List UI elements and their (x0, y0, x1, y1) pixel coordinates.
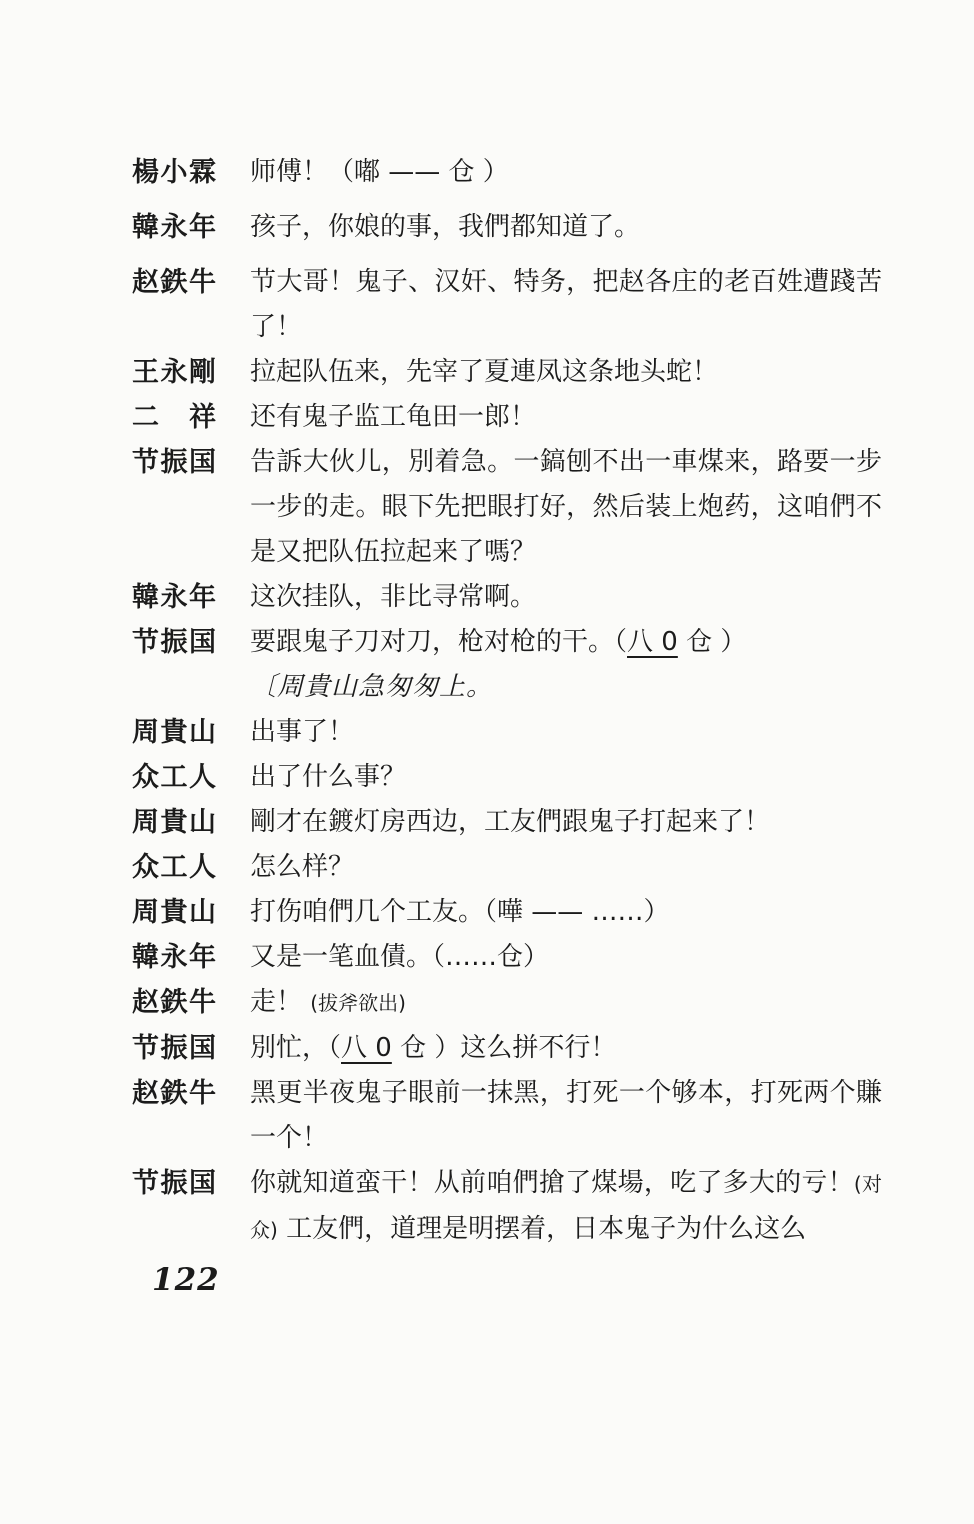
speaker-name: 二 祥 (132, 395, 216, 440)
speaker-name: 楊小霖 (132, 150, 216, 195)
dialogue: 出了什么事？ (250, 755, 882, 800)
dialogue-text: 节大哥！鬼子、汉奸、特务，把赵各庄的老百姓遭踐苦了！ (250, 267, 882, 342)
speaker-name: 周貴山 (132, 890, 216, 935)
dialogue-text: 出事了！ (250, 717, 354, 747)
speaker-name: 赵鉄牛 (132, 1071, 216, 1116)
script-body: 楊小霖 师傅！（嘟 —— 仓 ） 韓永年 孩子，你娘的事，我們都知道了。 赵鉄牛… (132, 150, 882, 1253)
speaker-name: 节振国 (132, 440, 216, 485)
stage-note-inline: (拔斧欲出) (310, 991, 406, 1015)
script-line: 节振国 要跟鬼子刀对刀，枪对枪的干。（八 0 仓 ） (132, 620, 882, 665)
script-line: 节振国 你就知道蛮干！从前咱們搶了煤場，吃了多大的亏！(对众) 工友們，道理是明… (132, 1161, 882, 1253)
script-line: 韓永年 这次挂队，非比寻常啊。 (132, 575, 882, 620)
dialogue-text: 走！ (250, 987, 310, 1017)
dialogue-text: 出了什么事？ (250, 762, 406, 792)
script-line: 韓永年 又是一笔血債。（……仓） (132, 935, 882, 980)
script-line: 赵鉄牛 走！ (拔斧欲出) (132, 980, 882, 1026)
speaker-name: 周貴山 (132, 800, 216, 845)
speaker-name: 众工人 (132, 845, 216, 890)
dialogue-text: 打伤咱們几个工友。（嘩 —— ……） (250, 897, 670, 927)
speaker-name: 赵鉄牛 (132, 980, 216, 1025)
speaker-name: 节振国 (132, 1026, 216, 1071)
script-line: 众工人 出了什么事？ (132, 755, 882, 800)
script-line: 王永剛 拉起队伍来，先宰了夏連凤这条地头蛇！ (132, 350, 882, 395)
dialogue-text: 拉起队伍来，先宰了夏連凤这条地头蛇！ (250, 357, 718, 387)
dialogue: 要跟鬼子刀对刀，枪对枪的干。（八 0 仓 ） (250, 620, 882, 665)
dialogue-text: 师傅！（嘟 —— 仓 ） (250, 157, 509, 187)
script-line: 周貴山 打伤咱們几个工友。（嘩 —— ……） (132, 890, 882, 935)
dialogue-text: 黑更半夜鬼子眼前一抹黑，打死一个够本，打死两个賺一个！ (250, 1078, 882, 1153)
dialogue: 孩子，你娘的事，我們都知道了。 (250, 205, 882, 250)
dialogue: 师傅！（嘟 —— 仓 ） (250, 150, 882, 195)
percussion-notation-underlined: 八 0 (627, 627, 678, 657)
dialogue: 怎么样？ (250, 845, 882, 890)
scanned-script-page: 楊小霖 师傅！（嘟 —— 仓 ） 韓永年 孩子，你娘的事，我們都知道了。 赵鉄牛… (0, 0, 974, 1524)
script-line: 赵鉄牛 黑更半夜鬼子眼前一抹黑，打死一个够本，打死两个賺一个！ (132, 1071, 882, 1161)
percussion-notation-underlined: 八 0 (341, 1033, 392, 1063)
speaker-name: 王永剛 (132, 350, 216, 395)
speaker-name: 周貴山 (132, 710, 216, 755)
script-line: 周貴山 出事了！ (132, 710, 882, 755)
speaker-name: 韓永年 (132, 935, 216, 980)
dialogue: 又是一笔血債。（……仓） (250, 935, 882, 980)
script-line: 楊小霖 师傅！（嘟 —— 仓 ） (132, 150, 882, 195)
script-line: 周貴山 剛才在鍍灯房西边，工友們跟鬼子打起来了！ (132, 800, 882, 845)
speaker-name: 韓永年 (132, 575, 216, 620)
dialogue: 告訴大伙儿，別着急。一鎬刨不出一車煤来，路要一步一步的走。眼下先把眼打好，然后装… (250, 440, 882, 575)
script-line: 节振国 告訴大伙儿，別着急。一鎬刨不出一車煤来，路要一步一步的走。眼下先把眼打好… (132, 440, 882, 575)
dialogue-text: 还有鬼子监工龟田一郎！ (250, 402, 536, 432)
dialogue-text: 仓 ） (678, 627, 747, 657)
script-line: 赵鉄牛 节大哥！鬼子、汉奸、特务，把赵各庄的老百姓遭踐苦了！ (132, 260, 882, 350)
speaker-name: 韓永年 (132, 205, 216, 250)
page-number: 122 (152, 1262, 220, 1298)
dialogue: 走！ (拔斧欲出) (250, 980, 882, 1026)
dialogue-text: 又是一笔血債。（……仓） (250, 942, 549, 972)
dialogue: 打伤咱們几个工友。（嘩 —— ……） (250, 890, 882, 935)
dialogue-text: 仓 ）这么拼不行！ (392, 1033, 617, 1063)
dialogue-text: 工友們，道理是明摆着，日本鬼子为什么这么 (278, 1214, 806, 1244)
script-line: 韓永年 孩子，你娘的事，我們都知道了。 (132, 205, 882, 250)
stage-direction: 〔周貴山急匆匆上。 (250, 665, 882, 710)
dialogue-text: 你就知道蛮干！从前咱們搶了煤場，吃了多大的亏！ (250, 1168, 854, 1198)
dialogue: 出事了！ (250, 710, 882, 755)
dialogue: 节大哥！鬼子、汉奸、特务，把赵各庄的老百姓遭踐苦了！ (250, 260, 882, 350)
script-line: 节振国 別忙，（八 0 仓 ）这么拼不行！ (132, 1026, 882, 1071)
speaker-name: 节振国 (132, 620, 216, 665)
dialogue: 你就知道蛮干！从前咱們搶了煤場，吃了多大的亏！(对众) 工友們，道理是明摆着，日… (250, 1161, 882, 1253)
dialogue-text: 剛才在鍍灯房西边，工友們跟鬼子打起来了！ (250, 807, 770, 837)
dialogue: 黑更半夜鬼子眼前一抹黑，打死一个够本，打死两个賺一个！ (250, 1071, 882, 1161)
speaker-name: 节振国 (132, 1161, 216, 1206)
dialogue: 剛才在鍍灯房西边，工友們跟鬼子打起来了！ (250, 800, 882, 845)
script-line: 众工人 怎么样？ (132, 845, 882, 890)
speaker-name: 赵鉄牛 (132, 260, 216, 305)
dialogue-text: 怎么样？ (250, 852, 354, 882)
dialogue-text: 孩子，你娘的事，我們都知道了。 (250, 212, 640, 242)
dialogue: 拉起队伍来，先宰了夏連凤这条地头蛇！ (250, 350, 882, 395)
speaker-name: 众工人 (132, 755, 216, 800)
dialogue: 別忙，（八 0 仓 ）这么拼不行！ (250, 1026, 882, 1071)
dialogue-text: 要跟鬼子刀对刀，枪对枪的干。（ (250, 627, 627, 657)
dialogue-text: 告訴大伙儿，別着急。一鎬刨不出一車煤来，路要一步一步的走。眼下先把眼打好，然后装… (250, 447, 882, 567)
script-line: 二 祥 还有鬼子监工龟田一郎！ (132, 395, 882, 440)
stage-direction-line: 〔周貴山急匆匆上。 (132, 665, 882, 710)
dialogue: 这次挂队，非比寻常啊。 (250, 575, 882, 620)
stage-direction-text: 〔周貴山急匆匆上。 (250, 672, 493, 702)
dialogue: 还有鬼子监工龟田一郎！ (250, 395, 882, 440)
dialogue-text: 这次挂队，非比寻常啊。 (250, 582, 536, 612)
dialogue-text: 別忙，（ (250, 1033, 341, 1063)
